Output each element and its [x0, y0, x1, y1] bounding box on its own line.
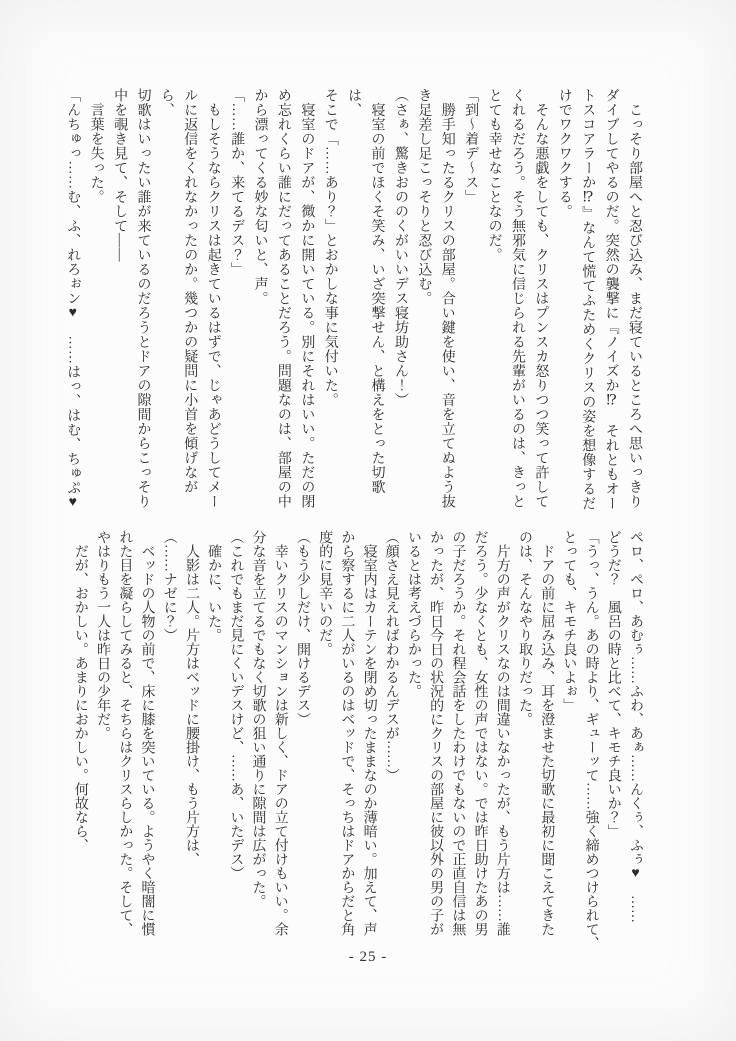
vertical-text-block-bottom: ペロ、ペロ、あむぅ……ふわ、あぁ……んくぅ、ふぅ♥ …… どうだ？ 風呂の時と比…	[69, 530, 646, 956]
vertical-text-block-top: こっそり部屋へと忍び込み、まだ寝ているところへ思いっきり ダイブしてやるのだ。突…	[61, 88, 646, 516]
novel-page: こっそり部屋へと忍び込み、まだ寝ているところへ思いっきり ダイブしてやるのだ。突…	[0, 0, 736, 1041]
page-number: - 25 -	[0, 949, 736, 966]
